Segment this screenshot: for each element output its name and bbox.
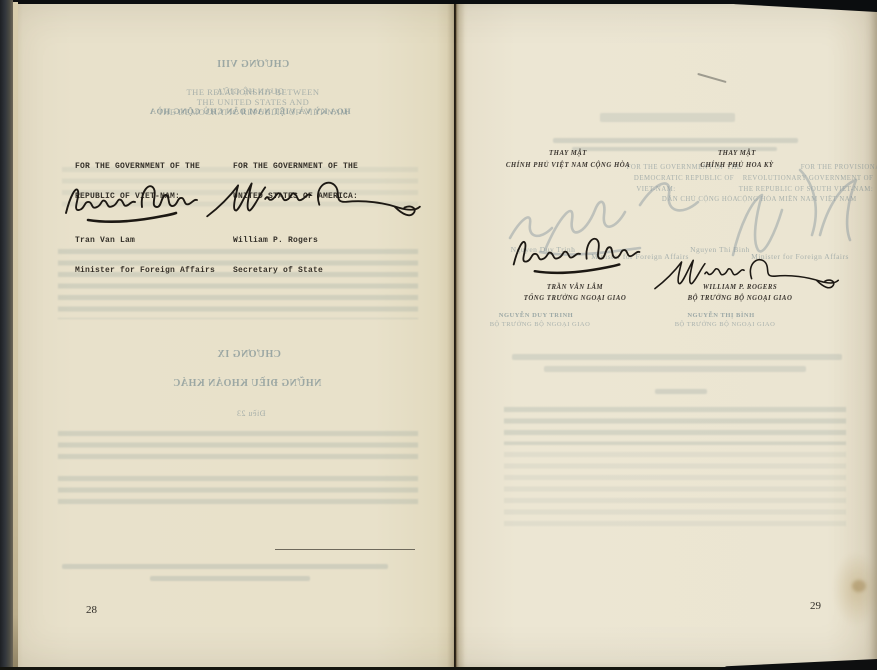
stain bbox=[852, 580, 866, 592]
heading-line: CHÍNH PHỦ HOA KỲ bbox=[657, 160, 817, 172]
book-spread-photo: CHƯƠNG VIIITHE RELATIONSHIP BETWEENQUAN … bbox=[0, 0, 877, 670]
signatory-name: William P. Rogers bbox=[233, 236, 323, 246]
right-signatory-vietnam: TRẦN VĂN LÂM TỔNG TRƯỞNG NGOẠI GIAO bbox=[495, 282, 655, 304]
heading-line: THAY MẶT bbox=[657, 148, 817, 160]
signatory-name: Tran Van Lam bbox=[75, 236, 215, 246]
footnote-rule bbox=[275, 549, 415, 550]
signatory-name: TRẦN VĂN LÂM bbox=[495, 282, 655, 293]
page-edge-stack bbox=[13, 2, 18, 668]
signature-tran-van-lam-2 bbox=[505, 228, 651, 276]
signatory-title: TỔNG TRƯỞNG NGOẠI GIAO bbox=[495, 293, 655, 304]
signatory-title: Minister for Foreign Affairs bbox=[75, 266, 215, 276]
photo-edge-left bbox=[0, 0, 13, 670]
signatory-name: WILLIAM P. ROGERS bbox=[660, 282, 820, 293]
page-number-right: 29 bbox=[810, 600, 821, 612]
left-signatory-vietnam: Tran Van Lam Minister for Foreign Affair… bbox=[75, 216, 215, 296]
signatory-title: BỘ TRƯỞNG BỘ NGOẠI GIAO bbox=[660, 293, 820, 304]
heading-line: THAY MẶT bbox=[488, 148, 648, 160]
signatory-title: Secretary of State bbox=[233, 266, 323, 276]
right-signatory-usa: WILLIAM P. ROGERS BỘ TRƯỞNG BỘ NGOẠI GIA… bbox=[660, 282, 820, 304]
page-left bbox=[13, 3, 454, 667]
right-block-usa-heading: THAY MẶT CHÍNH PHỦ HOA KỲ bbox=[657, 148, 817, 172]
heading-line: FOR THE GOVERNMENT OF THE bbox=[75, 162, 200, 172]
heading-line: CHÍNH PHỦ VIỆT NAM CỘNG HÒA bbox=[488, 160, 648, 172]
right-block-vietnam-heading: THAY MẶT CHÍNH PHỦ VIỆT NAM CỘNG HÒA bbox=[488, 148, 648, 172]
page-right bbox=[456, 3, 877, 667]
page-number-left: 28 bbox=[86, 604, 97, 616]
left-signatory-usa: William P. Rogers Secretary of State bbox=[233, 216, 323, 296]
book-gutter bbox=[447, 0, 465, 670]
